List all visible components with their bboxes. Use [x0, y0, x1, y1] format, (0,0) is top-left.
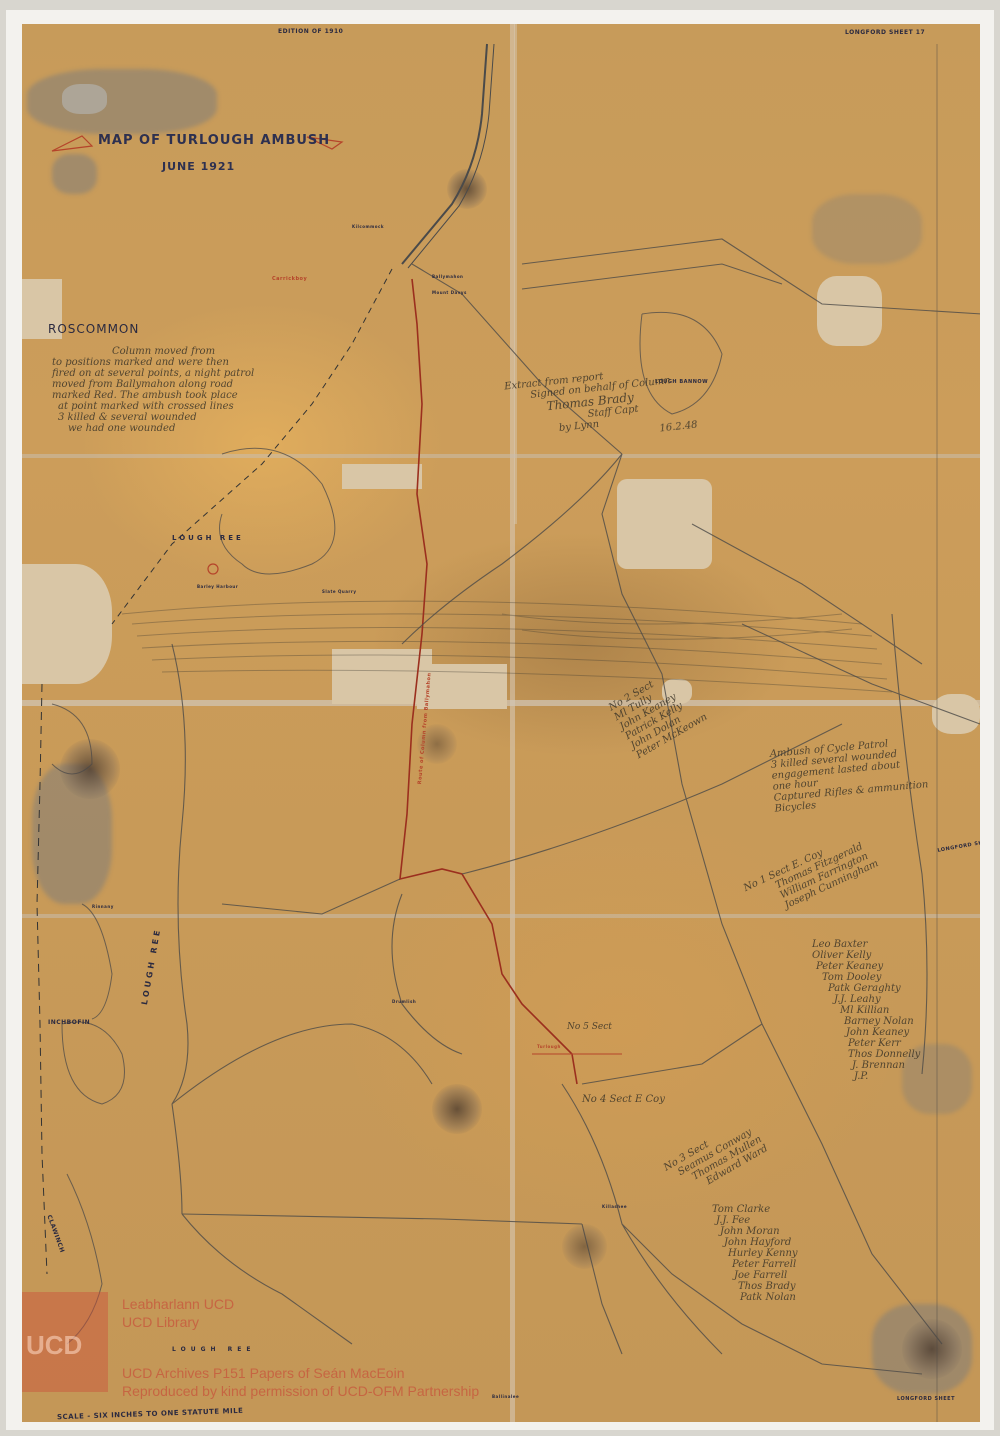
watermark-library: UCD Library: [122, 1314, 199, 1330]
roscommon-note: Column moved from to positions marked an…: [52, 346, 254, 434]
no1-section-names: Leo Baxter Oliver Kelly Peter Keaney Tom…: [812, 939, 885, 1082]
county-label: ROSCOMMON: [48, 322, 139, 336]
map-linework: [22, 24, 980, 1422]
watermark-archives: UCD Archives P151 Papers of Seán MacEoin: [122, 1365, 404, 1381]
ucd-crest-icon: UCD: [22, 1292, 108, 1392]
place-label: Carrickboy: [272, 276, 307, 282]
sheet-label-top: LONGFORD SHEET 17: [845, 29, 925, 36]
watermark-permission: Reproduced by kind permission of UCD-OFM…: [122, 1383, 479, 1399]
no4-section-label: No 4 Sect E Coy: [582, 1094, 665, 1105]
place-label: Barley Harbour: [197, 584, 238, 589]
place-label: Turlough: [537, 1044, 561, 1049]
island-label: INCHBOFIN: [48, 1019, 90, 1026]
sheet-label-bottom: LONGFORD SHEET: [897, 1396, 955, 1402]
no5-section-label: No 5 Sect: [567, 1022, 612, 1032]
place-label: Killashee: [602, 1204, 627, 1209]
place-label: Kilcommock: [352, 224, 384, 229]
edition-note: EDITION OF 1910: [278, 28, 343, 35]
place-label: Drumlish: [392, 999, 416, 1004]
map-date: JUNE 1921: [162, 160, 235, 173]
place-label: Mount Davys: [432, 290, 467, 295]
signed-block: Extract from report Signed on behalf of …: [504, 367, 651, 450]
watermark-library-irish: Leabharlann UCD: [122, 1296, 234, 1312]
place-label: Slate Quarry: [322, 589, 356, 594]
ambush-note: Ambush of Cycle Patrol 3 killed several …: [769, 735, 929, 814]
no3-section-names: Tom Clarke J.J. Fee John Moran John Hayf…: [712, 1204, 782, 1303]
map-sheet: MAP OF TURLOUGH AMBUSH JUNE 1921 EDITION…: [22, 24, 980, 1422]
lough-ree-label: LOUGH REE: [172, 1346, 255, 1353]
lough-ree-label: LOUGH REE: [172, 534, 244, 542]
map-title: MAP OF TURLOUGH AMBUSH: [98, 133, 330, 148]
place-label: Ballinalee: [492, 1394, 519, 1399]
place-label: Ballymahon: [432, 274, 463, 279]
place-label: Rinnany: [92, 904, 114, 909]
